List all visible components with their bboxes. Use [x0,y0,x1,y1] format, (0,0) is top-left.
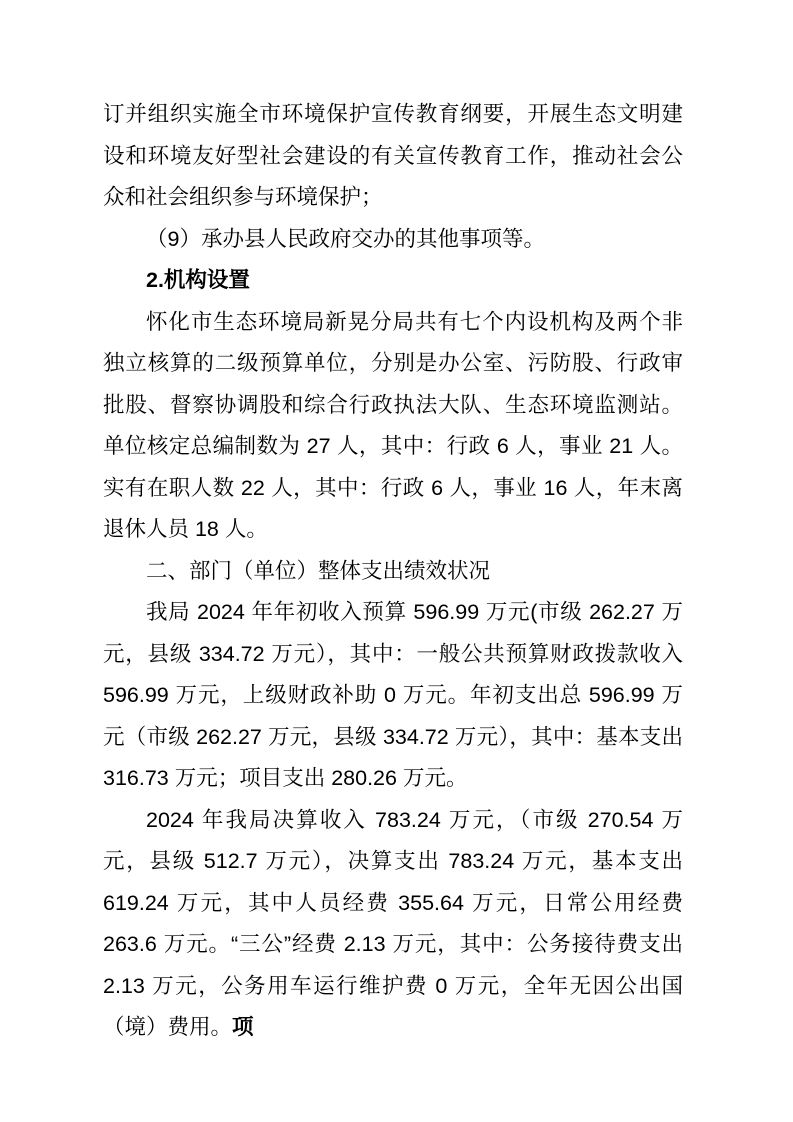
paragraph-text: 怀化市生态环境局新晃分局共有七个内设机构及两个非独立核算的二级预算单位，分别是办… [103,310,683,542]
paragraph-org-details: 怀化市生态环境局新晃分局共有七个内设机构及两个非独立核算的二级预算单位，分别是办… [103,302,683,551]
paragraph-text: 2024 年我局决算收入 783.24 万元，（市级 270.54 万元，县级 … [103,808,683,1040]
paragraph-budget-2024: 我局 2024 年年初收入预算 596.99 万元(市级 262.27 万元，县… [103,592,683,800]
paragraph-text: （9）承办县人民政府交办的其他事项等。 [146,227,545,251]
paragraph-text: 我局 2024 年年初收入预算 596.99 万元(市级 262.27 万元，县… [103,600,683,790]
paragraph-text: 订并组织实施全市环境保护宣传教育纲要，开展生态文明建设和环境友好型社会建设的有关… [103,102,683,209]
heading-org-setup: 2.机构设置 [103,260,683,302]
heading-section-two: 二、部门（单位）整体支出绩效状况 [103,551,683,593]
document-page: 订并组织实施全市环境保护宣传教育纲要，开展生态文明建设和环境友好型社会建设的有关… [0,0,793,1122]
heading-text: 2.机构设置 [146,268,250,292]
paragraph-bold-tail: 项 [232,1015,254,1039]
heading-text: 二、部门（单位）整体支出绩效状况 [146,559,490,583]
paragraph-item-9: （9）承办县人民政府交办的其他事项等。 [103,219,683,261]
paragraph-final-accounts-2024: 2024 年我局决算收入 783.24 万元，（市级 270.54 万元，县级 … [103,800,683,1049]
paragraph-duties-continuation: 订并组织实施全市环境保护宣传教育纲要，开展生态文明建设和环境友好型社会建设的有关… [103,94,683,219]
